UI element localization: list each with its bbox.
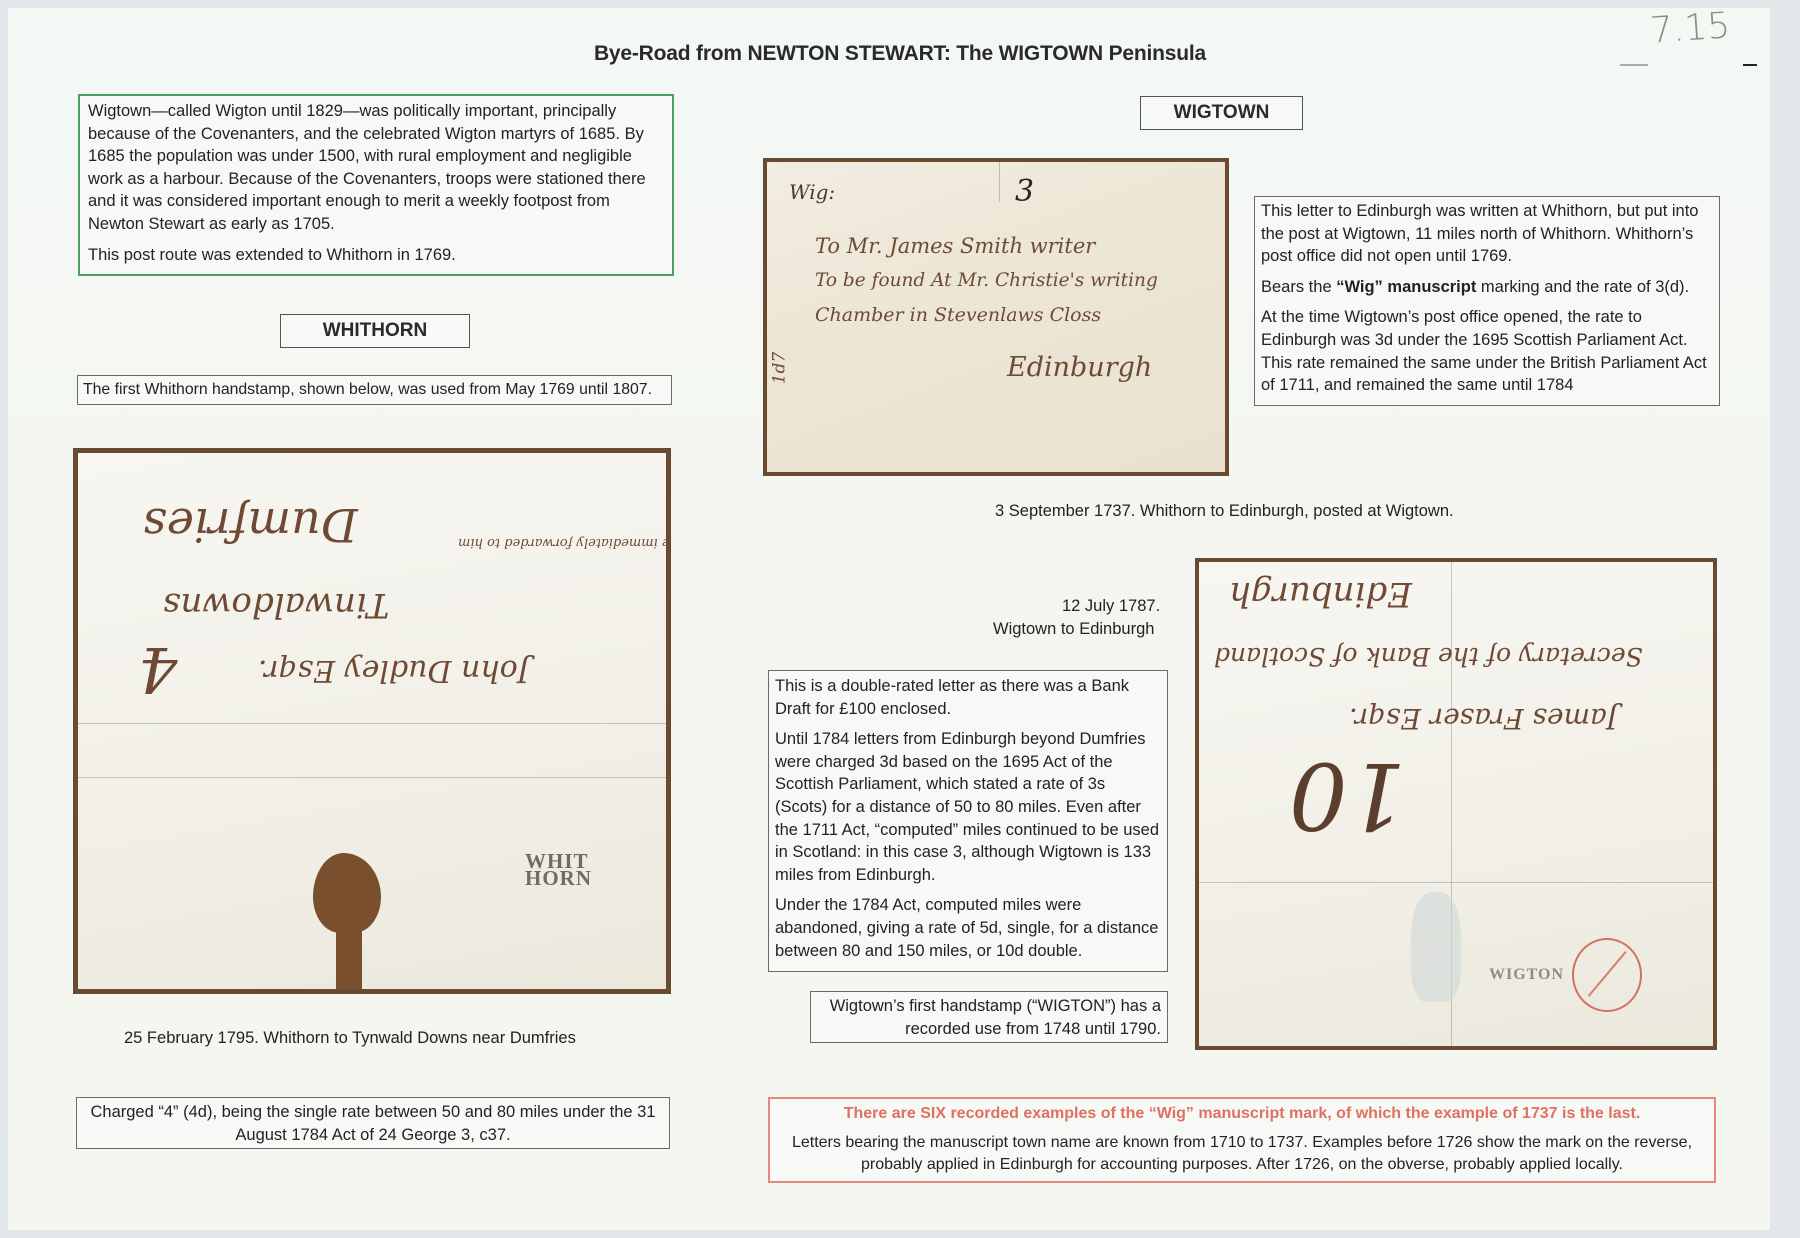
- address-line: To Mr. James Smith writer: [815, 234, 1095, 258]
- charge-note-text: Charged “4” (4d), being the single rate …: [90, 1103, 655, 1144]
- caption-1737: 3 September 1737. Whithorn to Edinburgh,…: [995, 502, 1454, 521]
- footer-body: Letters bearing the manuscript town name…: [778, 1132, 1706, 1177]
- rate-mark: 4: [138, 633, 177, 706]
- stamp-divider: [1588, 951, 1626, 996]
- rate-mark: 10: [1289, 742, 1406, 849]
- intro-paragraph: Wigtown—called Wigton until 1829—was pol…: [88, 100, 664, 236]
- wigton-handstamp: WIGTON: [1489, 966, 1564, 984]
- note-paragraph: Bears the “Wig” manuscript marking and t…: [1261, 276, 1713, 299]
- caption-1787-date: 12 July 1787.: [1062, 597, 1160, 616]
- red-date-stamp: [1572, 938, 1642, 1012]
- whithorn-handstamp: WHIT HORN: [525, 853, 592, 887]
- rate-mark: 3: [1015, 174, 1034, 209]
- address-line: Edinburgh: [1007, 352, 1152, 383]
- section-heading-whithorn: WHITHORN: [280, 314, 470, 348]
- address-line: Tinwaldowns: [163, 585, 389, 625]
- address-line: Secretary of the Bank of Scotland: [1214, 642, 1643, 671]
- caption-1787-route: Wigtown to Edinburgh: [993, 620, 1154, 639]
- fold-line: [999, 162, 1000, 202]
- margin-mark: [1743, 64, 1757, 66]
- text: Bears the: [1261, 278, 1336, 296]
- fold-line: [1199, 882, 1713, 883]
- text: marking and the rate of 3(d).: [1476, 278, 1689, 296]
- note-1737: This letter to Edinburgh was written at …: [1254, 196, 1720, 406]
- section-heading-wigtown: WIGTOWN: [1140, 96, 1303, 130]
- note-paragraph: Until 1784 letters from Edinburgh beyond…: [775, 728, 1161, 886]
- wigtown-handstamp-note: Wigtown’s first handstamp (“WIGTON”) has…: [810, 991, 1168, 1043]
- fold-line: [78, 723, 666, 724]
- page-number: 7.15: [1649, 5, 1732, 51]
- intro-paragraph: This post route was extended to Whithorn…: [88, 244, 664, 267]
- footer-note: There are SIX recorded examples of the “…: [768, 1097, 1716, 1183]
- intro-text-box: Wigtown—called Wigton until 1829—was pol…: [78, 94, 674, 276]
- charge-note-1795: Charged “4” (4d), being the single rate …: [76, 1097, 670, 1149]
- address-line: James Fraser Esqr.: [1349, 702, 1618, 735]
- note-1787: This is a double-rated letter as there w…: [768, 670, 1168, 972]
- page-title: Bye-Road from NEWTON STEWART: The WIGTOW…: [0, 42, 1800, 66]
- caption-1795: 25 February 1795. Whithorn to Tynwald Do…: [124, 1029, 576, 1048]
- address-line: Edinburgh: [1229, 574, 1412, 614]
- address-line: Chamber in Stevenlaws Closs: [815, 304, 1101, 326]
- manuscript-mark-wig: Wig:: [789, 180, 835, 204]
- note-paragraph: Under the 1784 Act, computed miles were …: [775, 894, 1161, 962]
- handstamp-note-text: Wigtown’s first handstamp (“WIGTON”) has…: [830, 997, 1161, 1038]
- letter-image-1795: Dumfries Tinwaldowns John Dudley Esqr. t…: [73, 448, 671, 994]
- note-paragraph: This is a double-rated letter as there w…: [775, 675, 1161, 720]
- note-paragraph: At the time Wigtown’s post office opened…: [1261, 306, 1713, 396]
- wax-seal-remnant: [336, 923, 362, 993]
- bold-text: “Wig” manuscript: [1336, 278, 1476, 296]
- seal-tear: [1411, 892, 1461, 1002]
- note-paragraph: This letter to Edinburgh was written at …: [1261, 200, 1713, 268]
- footer-headline: There are SIX recorded examples of the “…: [778, 1103, 1706, 1126]
- whithorn-handstamp-note: The first Whithorn handstamp, shown belo…: [77, 375, 672, 405]
- letter-image-1737: Wig: 3 1d7 To Mr. James Smith writer To …: [763, 158, 1229, 476]
- wax-seal-remnant: [313, 853, 381, 933]
- side-note: 1d7: [769, 352, 789, 385]
- address-line: to be immediately forwarded to him: [458, 535, 671, 550]
- address-line: Dumfries: [143, 498, 358, 552]
- address-line: John Dudley Esqr.: [258, 653, 530, 688]
- margin-mark: [1620, 64, 1648, 66]
- handstamp-line: HORN: [525, 870, 592, 887]
- address-line: To be found At Mr. Christie's writing: [815, 270, 1158, 291]
- letter-image-1787: Edinburgh Secretary of the Bank of Scotl…: [1195, 558, 1717, 1050]
- fold-line: [78, 777, 666, 778]
